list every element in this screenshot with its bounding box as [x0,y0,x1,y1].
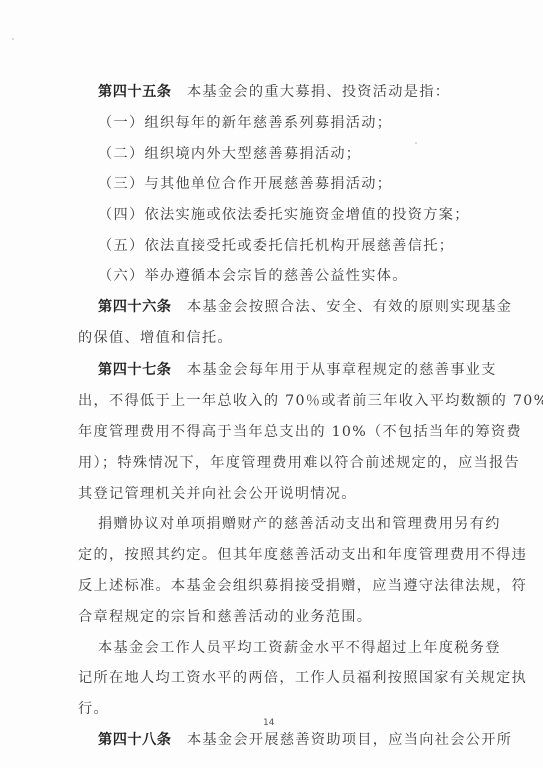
text-line: 记所在地人均工资水平的两倍，工作人员福利按照国家有关规定执 [78,668,527,688]
text-line: 捐赠协议对单项捐赠财产的慈善活动支出和管理费用另有约 [98,514,501,534]
text-line: 其登记管理机关并向社会公开说明情况。 [78,484,357,504]
line-text: 其登记管理机关并向社会公开说明情况。 [78,486,357,502]
line-text: （二）组织境内外大型慈善募捐活动； [98,146,361,162]
article-heading: 第四十八条 [98,732,171,748]
line-text: 的保值、增值和信托。 [78,330,233,346]
line-text: 本基金会开展慈善资助项目，应当向社会公开所 [171,732,512,748]
line-text: 本基金会每年用于从事章程规定的慈善事业支 [171,362,496,378]
article-heading: 第四十六条 [98,299,171,315]
text-line: 用）；特殊情况下，年度管理费用难以符合前述规定的，应当报告 [78,453,520,473]
line-text: （五）依法直接受托或委托信托机构开展慈善信托； [98,238,454,254]
text-line: 第四十七条 本基金会每年用于从事章程规定的慈善事业支 [98,360,497,380]
document-page: 14 第四十五条 本基金会的重大募捐、投资活动是指：（一）组织每年的新年慈善系列… [0,0,543,768]
article-heading: 第四十五条 [98,84,171,100]
text-line: （四）依法实施或依法委托实施资金增值的投资方案； [98,205,470,225]
line-text: 行。 [78,701,109,717]
text-line: （五）依法直接受托或委托信托机构开展慈善信托； [98,236,454,256]
text-line: 合章程规定的宗旨和慈善活动的业务范围。 [78,607,372,627]
line-text: 出，不得低于上一年总收入的 70％或者前三年收入平均数额的 70%； [78,393,543,409]
line-text: （六）举办遵循本会宗旨的慈善公益性实体。 [98,268,408,284]
text-line: 定的，按照其约定。但其年度慈善活动支出和年度管理费用不得违 [78,545,527,565]
scan-speck [12,38,14,40]
line-text: 捐赠协议对单项捐赠财产的慈善活动支出和管理费用另有约 [98,516,501,532]
text-line: 反上述标准。本基金会组织募捐接受捐赠，应当遵守法律法规，符 [78,576,527,596]
page-number: 14 [263,718,274,728]
line-text: 本基金会工作人员平均工资薪金水平不得超过上年度税务登 [98,640,501,656]
text-line: 第四十八条 本基金会开展慈善资助项目，应当向社会公开所 [98,730,512,750]
line-text: （三）与其他单位合作开展慈善募捐活动； [98,176,392,192]
line-text: 反上述标准。本基金会组织募捐接受捐赠，应当遵守法律法规，符 [78,578,527,594]
line-text: 年度管理费用不得高于当年总支出的 10%（不包括当年的筹资费 [78,424,522,440]
text-line: 第四十五条 本基金会的重大募捐、投资活动是指： [98,82,450,102]
text-line: 年度管理费用不得高于当年总支出的 10%（不包括当年的筹资费 [78,422,522,442]
line-text: （一）组织每年的新年慈善系列募捐活动； [98,115,392,131]
text-line: （三）与其他单位合作开展慈善募捐活动； [98,174,392,194]
line-text: 本基金会的重大募捐、投资活动是指： [171,84,450,100]
text-line: 的保值、增值和信托。 [78,328,233,348]
line-text: 记所在地人均工资水平的两倍，工作人员福利按照国家有关规定执 [78,670,527,686]
line-text: 定的，按照其约定。但其年度慈善活动支出和年度管理费用不得违 [78,547,527,563]
article-heading: 第四十七条 [98,362,171,378]
text-line: 行。 [78,699,109,719]
line-text: 本基金会按照合法、安全、有效的原则实现基金 [171,299,512,315]
text-line: 出，不得低于上一年总收入的 70％或者前三年收入平均数额的 70%； [78,391,543,411]
text-line: （二）组织境内外大型慈善募捐活动； [98,144,361,164]
text-line: （六）举办遵循本会宗旨的慈善公益性实体。 [98,266,408,286]
line-text: 用）；特殊情况下，年度管理费用难以符合前述规定的，应当报告 [78,455,520,471]
text-line: 本基金会工作人员平均工资薪金水平不得超过上年度税务登 [98,638,501,658]
text-line: 第四十六条 本基金会按照合法、安全、有效的原则实现基金 [98,297,512,317]
line-text: （四）依法实施或依法委托实施资金增值的投资方案； [98,207,470,223]
scan-speck [415,142,417,144]
line-text: 合章程规定的宗旨和慈善活动的业务范围。 [78,609,372,625]
text-line: （一）组织每年的新年慈善系列募捐活动； [98,113,392,133]
